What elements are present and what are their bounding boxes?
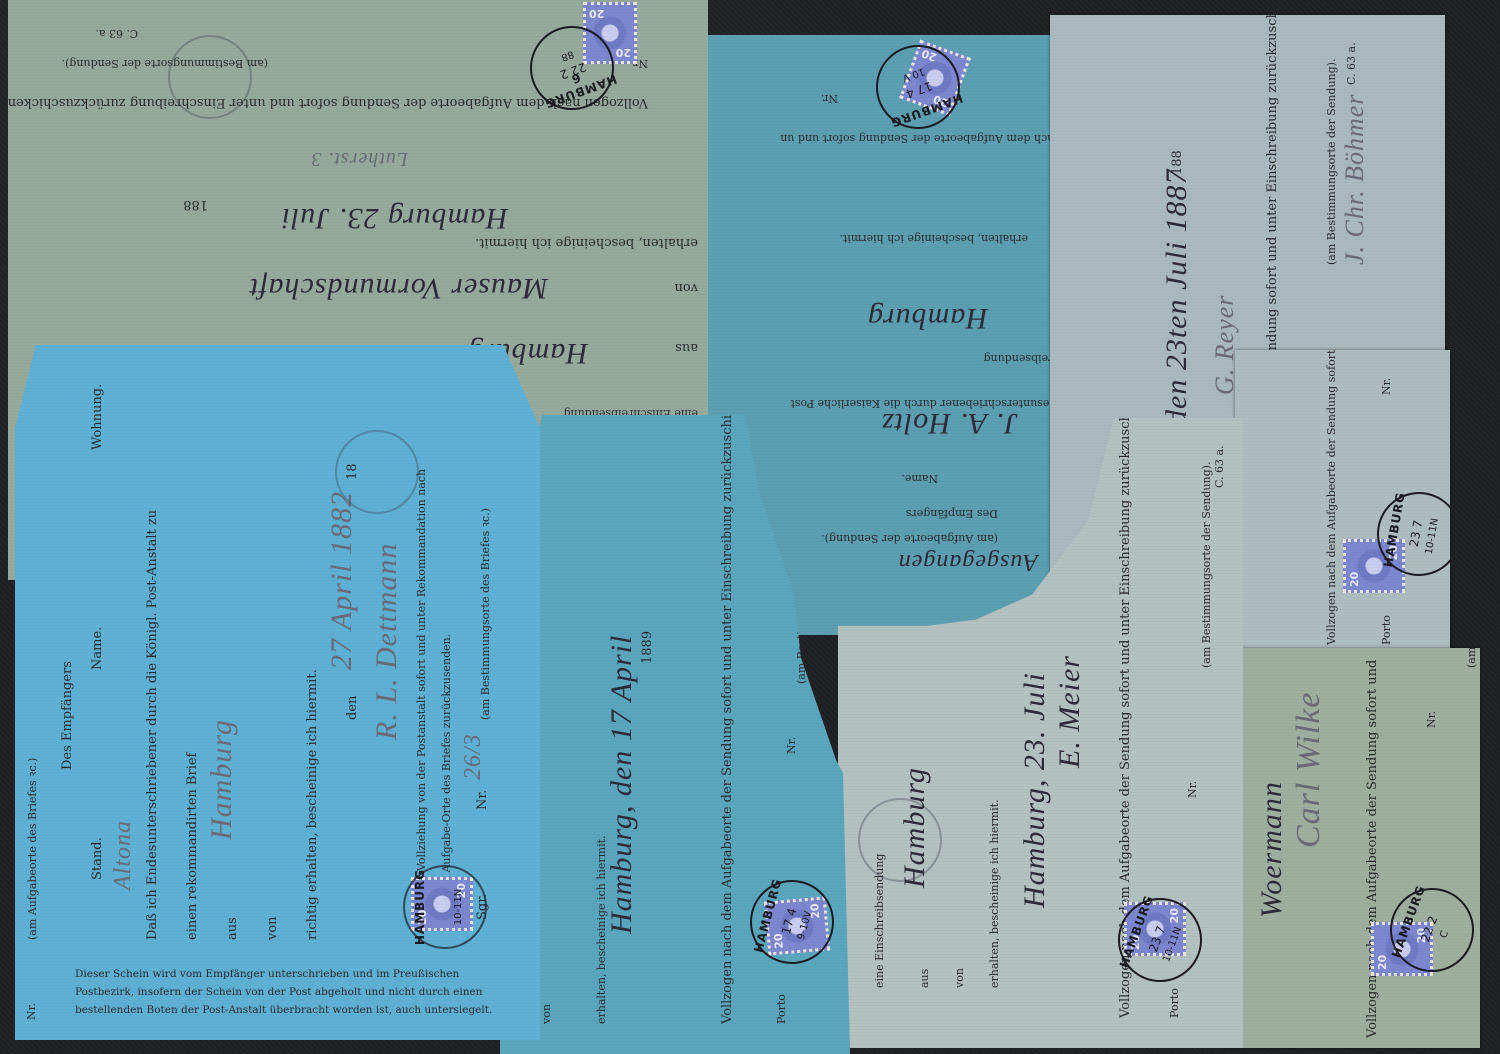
handwritten-name: E. Meier [1053,655,1087,768]
handwritten-name: Carl Wilke [1290,692,1328,848]
printed-aus: aus [225,917,240,940]
handwritten-place-date: Hamburg 23. Juli [281,201,508,235]
printed-porto: Porto [1380,615,1393,645]
printed-von: von [674,280,698,295]
handwritten-place: Woermann [1255,781,1289,918]
handwritten-address: Lutherst. 3 [310,147,408,170]
printed-erhalten: erhalten, bescheinige ich hiermit. [475,235,698,250]
printed-nr: Nr. [1425,711,1438,728]
handwritten-von: Mauser Vormundschaft [249,271,548,305]
handwritten-aus: Hamburg [867,301,988,335]
printed-stand: Stand. [90,837,105,880]
receipt-green-bottom-right: Woermann Carl Wilke Vollzogen nach dem A… [1225,648,1480,1048]
printed-vollziehung: oder Vollziehung von der Postanstalt sof… [415,469,428,900]
printed-einen: einen rekommandirten Brief [185,753,200,940]
printed-wohnung: Wohnung. [90,384,105,450]
printed-aus: aus [675,340,698,355]
printed-porto: Porto [775,994,788,1024]
printed-nr: Nr. [1380,378,1393,395]
printed-bestimmung: (am [1465,648,1478,668]
printed-den: den [345,696,360,720]
postmark-hamburg: HAMBURG 10-11N [403,865,487,949]
printed-richtig: richtig erhalten, bescheinige ich hiermi… [305,669,320,940]
handwritten-date: 27 April 1882 [325,491,359,670]
handwritten-address: Altona [110,820,137,890]
printed-dass: Daß ich Endesunterschriebener durch die … [145,510,160,940]
footer-line: bestellenden Boten der Post-Anstalt über… [75,1001,515,1019]
handwritten-name: J. A. Holtz [881,406,1018,440]
printed-year: 1889 [640,631,655,664]
footer-line: Dieser Schein wird vom Empfänger untersc… [75,965,515,983]
printed-aufgabe: (am Aufgabeorte der Sendung). [821,532,998,545]
handwritten-note: Ausgegangen [898,548,1038,575]
printed-vollzogen: Vollzogen nach dem Aufgabeorte der Sendu… [720,415,735,1024]
printed-vollzogen: Vollzogen nach dem Aufgabeorte der Sendu… [1325,350,1338,645]
printed-aus: aus [918,969,931,988]
receipt-blue-bottom-left: Nr. (am Aufgabeorte des Briefes ꝛc.) Des… [15,345,540,1040]
handwritten-addressee: J. Chr. Böhmer [1340,94,1370,265]
printed-aufgabe: (am Aufgabeorte des Briefes ꝛc.) [25,758,40,940]
printed-porto: Porto [1168,988,1181,1018]
printed-von: von [265,916,280,940]
printed-erhalten: erhalten, bescheinige ich hiermit. [839,232,1028,245]
handwritten-number: 26/3 [460,733,487,780]
printed-aufgabe-orte: dem Aufgabe-Orte des Briefes zurückzusen… [440,634,453,900]
handwritten-date: den 23ten Juli 1887 [1160,169,1194,425]
printed-year: 188 [183,197,208,212]
printed-nr: Nr. [1186,781,1199,798]
postmark-faint [168,35,252,119]
printed-form-code: C. 63 a. [95,27,138,40]
printed-von: von [540,1004,553,1024]
handwritten-date: Hamburg, den 17 April [605,635,639,934]
printed-bestimmung: (am Bestimmungsorte der Sendung). [1325,59,1338,265]
printed-form-code: C. 63 a. [1345,42,1358,85]
printed-nr: Nr. [785,737,798,754]
printed-bestimmung: (am Bestimmungsorte des Briefes ꝛc.) [478,508,493,720]
printed-form-code: C. 63 a. [1213,445,1226,488]
handwritten-aus: Hamburg [205,719,239,840]
printed-nr2: Nr. [475,790,490,810]
printed-des-empfaengers: Des Empfängers [906,507,998,520]
handwritten-date: Hamburg, 23. Juli [1018,672,1052,908]
postmark-faint [335,430,419,514]
printed-des-empfaengers: Des Empfängers [60,661,75,770]
printed-nr: Nr. [25,1003,38,1020]
receipt-grey-right-lower: Vollzogen nach dem Aufgabeorte der Sendu… [1235,350,1450,655]
printed-von: von [953,968,966,988]
printed-bestimmung: (am Bestimmungsorte der Sendung). [1200,462,1213,668]
postmark-faint [858,798,942,882]
handwritten-signature: R. L. Dettmann [370,543,404,740]
printed-year: 188 [1170,150,1185,175]
printed-erhalten: erhalten, bescheinige ich hiermit. [988,799,1001,988]
printed-name: Name. [90,627,105,670]
printed-vollzogen: Vollzogen nach dem Aufgabeorte der Sendu… [1365,660,1380,1038]
footer-notice: Dieser Schein wird vom Empfänger untersc… [75,965,515,1019]
printed-name: Name. [901,472,938,485]
printed-nr: Nr. [821,92,838,105]
footer-line: Postbezirk, insofern der Schein von der … [75,983,515,1001]
